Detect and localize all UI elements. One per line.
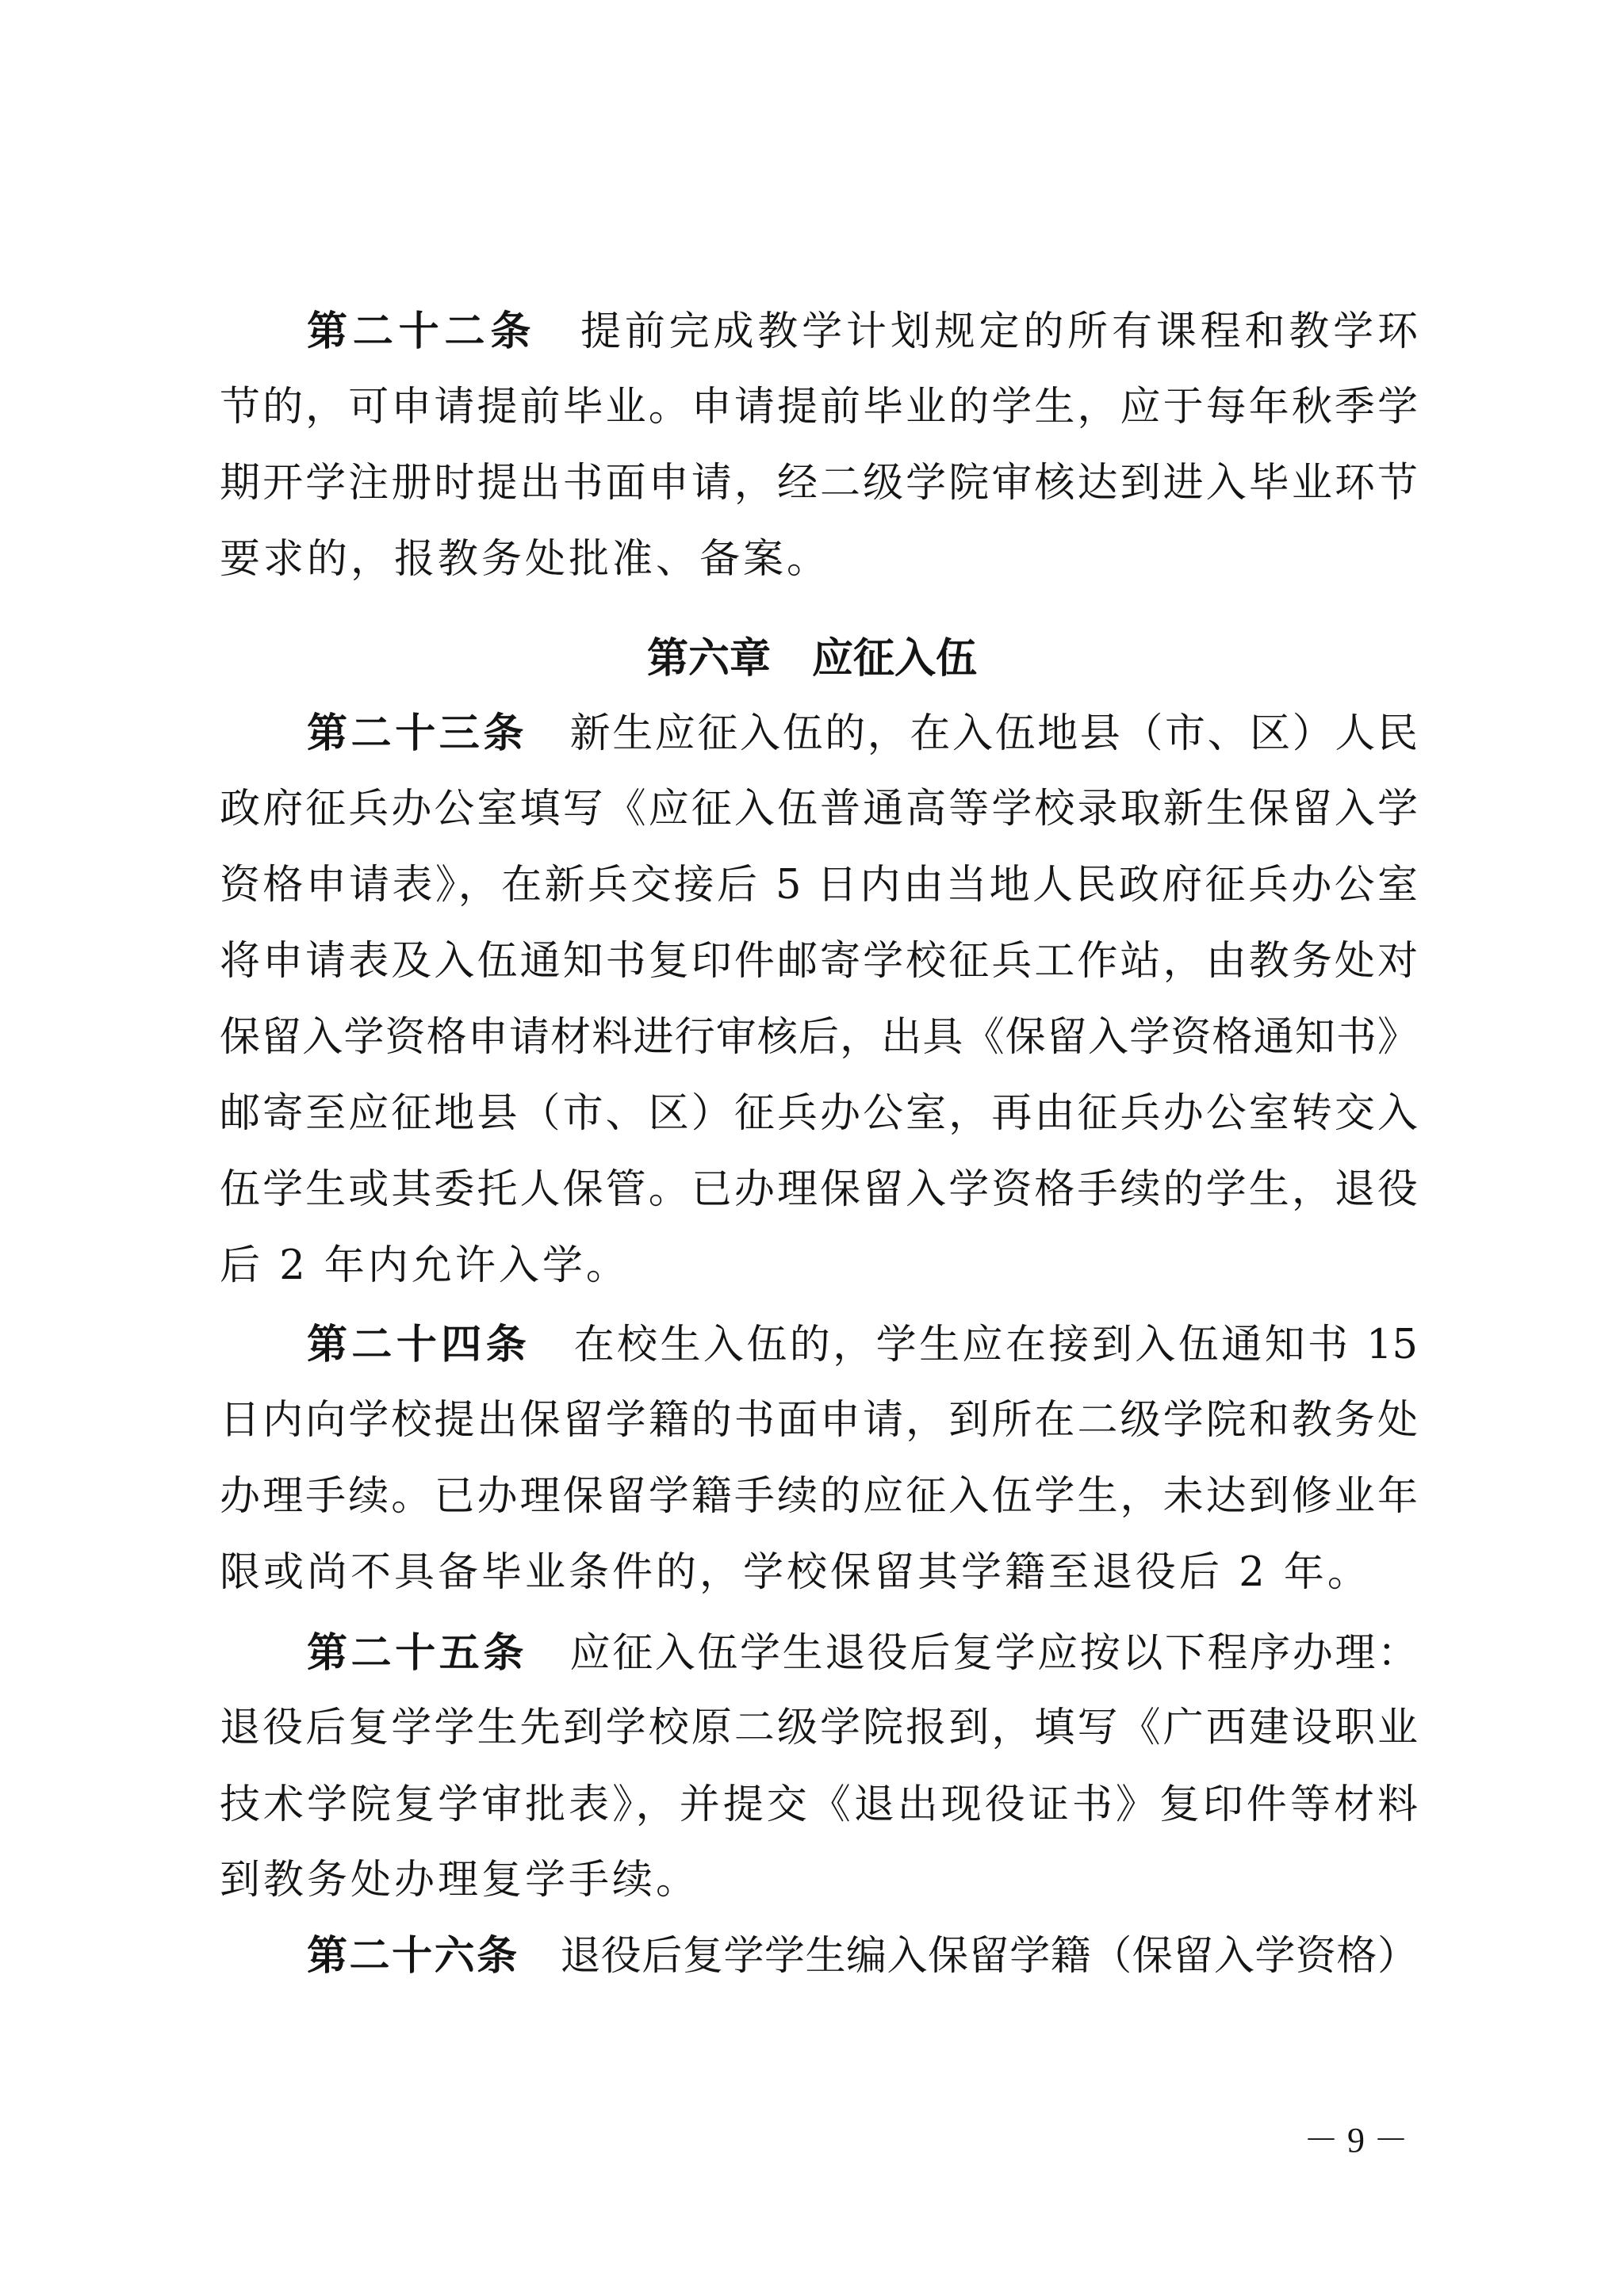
article-24-line-1: 第二十四条 在校生入伍的，学生应在接到入伍通知书 15 <box>307 1307 1418 1383</box>
article-22-line-4: 要求的，报教务处批准、备案。 <box>220 522 1418 598</box>
article-26-line-1: 第二十六条 退役后复学学生编入保留学籍（保留入学资格） <box>307 1918 1418 1994</box>
article-23-line-7: 伍学生或其委托人保管。已办理保留入学资格手续的学生，退役 <box>220 1152 1418 1228</box>
article-24-line-3: 办理手续。已办理保留学籍手续的应征入伍学生，未达到修业年 <box>220 1459 1418 1535</box>
article-25-text: 应征入伍学生退役后复学应按以下程序办理： <box>570 1630 1418 1677</box>
article-23-line-5: 保留入学资格申请材料进行审核后，出具《保留入学资格通知书》 <box>220 1000 1418 1076</box>
article-24-text: 在校生入伍的，学生应在接到入伍通知书 15 <box>574 1322 1418 1368</box>
article-25-label: 第二十五条 <box>307 1629 527 1677</box>
article-25-line-1: 第二十五条 应征入伍学生退役后复学应按以下程序办理： <box>307 1615 1418 1691</box>
article-23-line-2: 政府征兵办公室填写《应征入伍普通高等学校录取新生保留入学 <box>220 771 1418 848</box>
article-25-line-2: 退役后复学学生先到学校原二级学院报到，填写《广西建设职业 <box>220 1690 1418 1766</box>
article-22-line-1: 第二十二条 提前完成教学计划规定的所有课程和教学环 <box>307 293 1418 369</box>
article-23-label: 第二十三条 <box>307 710 527 757</box>
article-22-line-3: 期开学注册时提出书面申请，经二级学院审核达到进入毕业环节 <box>220 446 1418 522</box>
article-23-text: 新生应征入伍的，在入伍地县（市、区）人民 <box>570 710 1418 757</box>
page-number: － 9 － <box>1300 2118 1411 2163</box>
article-24-line-4: 限或尚不具备毕业条件的，学校保留其学籍至退役后 2 年。 <box>220 1535 1418 1611</box>
article-23-line-4: 将申请表及入伍通知书复印件邮寄学校征兵工作站，由教务处对 <box>220 924 1418 1000</box>
article-25-line-3: 技术学院复学审批表》，并提交《退出现役证书》复印件等材料 <box>220 1767 1418 1843</box>
article-26-label: 第二十六条 <box>307 1932 519 1980</box>
article-23-line-1: 第二十三条 新生应征入伍的，在入伍地县（市、区）人民 <box>307 695 1418 771</box>
article-26-text: 退役后复学学生编入保留学籍（保留入学资格） <box>560 1933 1418 1980</box>
article-23-line-3: 资格申请表》，在新兵交接后 5 日内由当地人民政府征兵办公室 <box>220 848 1418 924</box>
article-22-label: 第二十二条 <box>307 308 536 355</box>
article-22-line-2: 节的，可申请提前毕业。申请提前毕业的学生，应于每年秋季学 <box>220 369 1418 446</box>
article-25-line-4: 到教务处办理复学手续。 <box>220 1843 1418 1919</box>
article-24-label: 第二十四条 <box>307 1321 530 1368</box>
article-22-text: 提前完成教学计划规定的所有课程和教学环 <box>580 308 1418 355</box>
document-page: 第二十二条 提前完成教学计划规定的所有课程和教学环 节的，可申请提前毕业。申请提… <box>0 0 1624 2296</box>
article-23-line-6: 邮寄至应征地县（市、区）征兵办公室，再由征兵办公室转交入 <box>220 1076 1418 1152</box>
article-24-line-2: 日内向学校提出保留学籍的书面申请，到所在二级学院和教务处 <box>220 1383 1418 1459</box>
chapter-heading: 第六章 应征入伍 <box>0 621 1624 697</box>
article-23-line-8: 后 2 年内允许入学。 <box>220 1228 1418 1304</box>
